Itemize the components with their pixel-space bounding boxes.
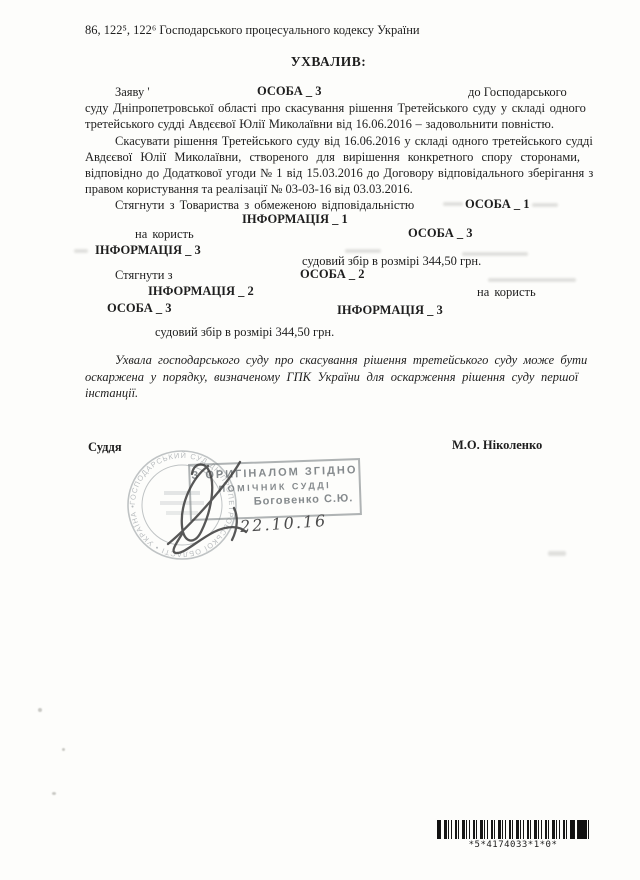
recover2-lead: Стягнути з <box>115 267 173 283</box>
redaction-residue <box>74 249 88 253</box>
judge-name: М.О. Ніколенко <box>452 437 542 453</box>
appeal-note-line2: оскаржена у порядку, визначеному ГПК Укр… <box>85 369 578 385</box>
redaction-residue <box>462 252 528 256</box>
recover2-fee: судовий збір в розмірі 344,50 грн. <box>155 324 334 340</box>
law-reference: 86, 122⁵, 122⁶ Господарського процесуаль… <box>85 22 420 38</box>
redaction-label-informatsiya2: ІНФОРМАЦІЯ _ 2 <box>148 283 254 299</box>
court-ruling-scan: 86, 122⁵, 122⁶ Господарського процесуаль… <box>0 0 640 880</box>
redaction-label-osoba3: ОСОБА _ 3 <box>107 300 172 316</box>
appeal-note-line3: інстанції. <box>85 385 138 401</box>
redaction-label-osoba3: ОСОБА _ 3 <box>257 83 322 99</box>
scan-artifact <box>52 792 56 795</box>
redaction-residue <box>443 202 463 206</box>
redaction-label-osoba1: ОСОБА _ 1 <box>465 196 530 212</box>
redaction-label-informatsiya3: ІНФОРМАЦІЯ _ 3 <box>95 242 201 258</box>
barcode-bars <box>437 820 589 839</box>
cancel-line1: Скасувати рішення Третейського суду від … <box>115 133 593 149</box>
redaction-residue <box>345 249 381 253</box>
appeal-note-line1: Ухвала господарського суду про скасуванн… <box>115 352 587 368</box>
cancel-line2: Авдєєвої Юлії Миколаївни, створеного для… <box>85 149 580 165</box>
scan-artifact <box>548 551 566 556</box>
scan-artifact <box>38 708 42 712</box>
claim-line1-tail: до Господарського <box>468 84 567 100</box>
redaction-label-informatsiya1: ІНФОРМАЦІЯ _ 1 <box>242 211 348 227</box>
recover1-na-koryst: на користь <box>135 226 194 242</box>
redaction-residue <box>488 278 576 282</box>
claim-line3: третейського судді Авдєєвої Юлії Миколаї… <box>85 116 554 132</box>
document-barcode: *5*4174033*1*0* <box>437 820 589 854</box>
claim-line2: суду Дніпропетровської області про скасу… <box>85 100 586 116</box>
resolved-heading: УХВАЛИВ: <box>85 54 572 70</box>
barcode-value: *5*4174033*1*0* <box>437 840 589 850</box>
recover2-na-koryst: на користь <box>477 284 536 300</box>
redaction-label-osoba2: ОСОБА _ 2 <box>300 266 365 282</box>
redaction-label-osoba3: ОСОБА _ 3 <box>408 225 473 241</box>
cancel-line3: відповідно до Додаткової угоди № 1 від 1… <box>85 165 593 181</box>
scan-artifact <box>62 748 65 751</box>
cancel-line4: правом користування та реалізації № 03-0… <box>85 181 413 197</box>
redaction-label-informatsiya3: ІНФОРМАЦІЯ _ 3 <box>337 302 443 318</box>
redaction-residue <box>532 203 558 207</box>
claim-line1-lead: Заяву ' <box>115 84 150 100</box>
handwritten-signature <box>146 452 286 557</box>
